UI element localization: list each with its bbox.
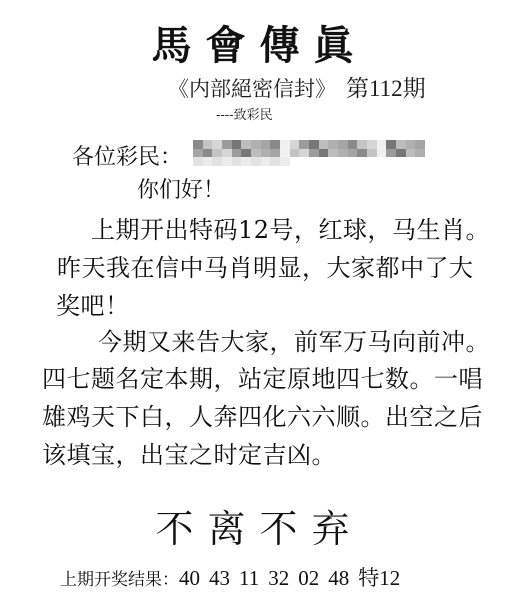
last-result: 上期开奖结果：404311320248特12 [60,562,409,592]
special-number: 特12 [358,566,400,590]
body-line: 上期开出特码12号，红球，马生肖。 [91,210,490,245]
issue-number: 第112期 [346,76,426,101]
body-line: 雄鸡天下白，人奔四化六六顺。出空之后 [42,397,483,432]
body-line: 四七题名定本期，站定原地四七数。一唱 [42,359,483,394]
result-number: 40 [179,566,200,590]
salutation: 各位彩民： [72,140,182,171]
result-number: 48 [328,566,349,590]
result-number: 43 [209,566,230,590]
sender-line: ----致彩民 [216,104,273,123]
result-number: 02 [298,566,319,590]
body-line: 该填宝，出宝之时定吉凶。 [42,435,336,470]
result-number: 32 [268,566,289,590]
result-number: 11 [239,566,259,590]
motto: 不离不弃 [0,498,519,553]
hello-text: 你们好！ [137,173,225,204]
redacted-recipient [193,140,425,166]
result-label: 上期开奖结果： [60,570,179,590]
subtitle: 《内部絕密信封》第112期 [168,70,426,103]
body-line: 昨天我在信中马肖明显，大家都中了大 [57,248,474,283]
document-title: 馬會傳眞 [0,14,519,71]
body-line: 今期又来告大家，前军万马向前冲。 [98,322,490,357]
confidential-label: 《内部絕密信封》 [168,77,336,101]
body-line: 奖吧！ [56,286,130,321]
